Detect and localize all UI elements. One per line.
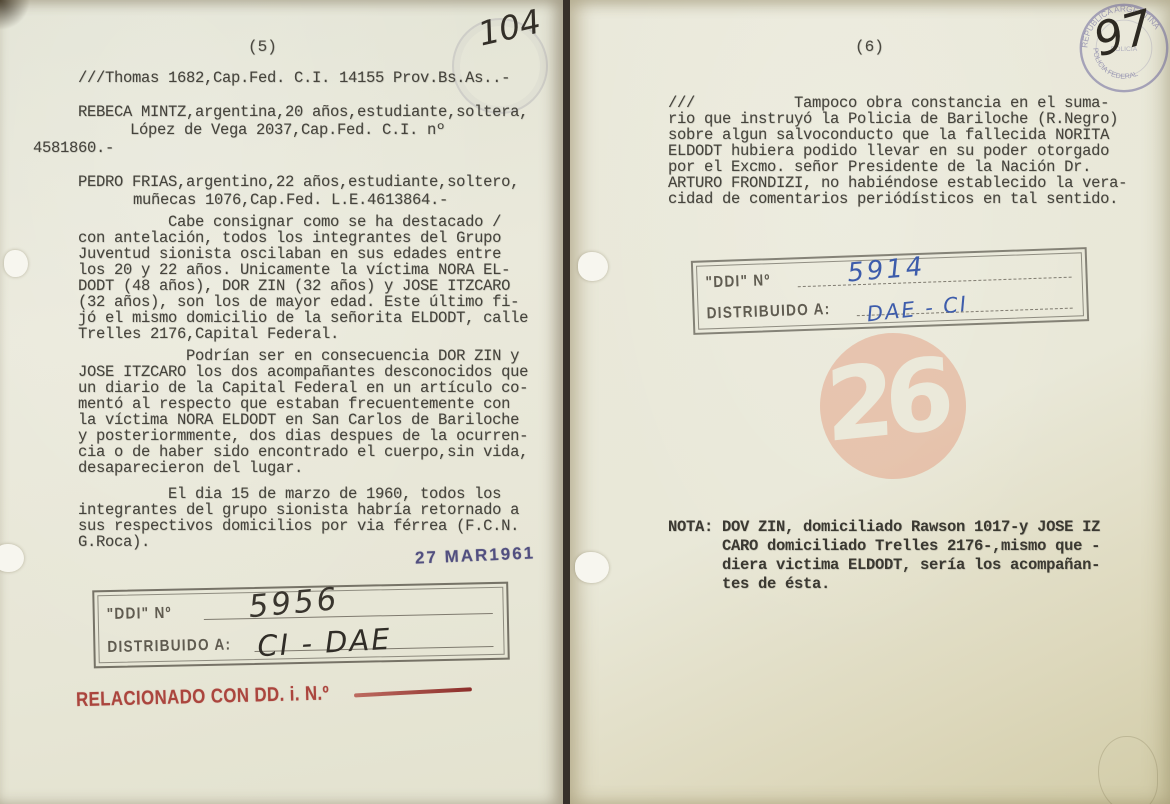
watermark-26-text: 26 xyxy=(824,335,947,465)
paragraph-salvoconducto: /// Tampoco obra constancia en el suma- … xyxy=(668,95,1127,207)
relacionado-stamp: RELACIONADO CON DD. i. N.º xyxy=(76,679,472,712)
typed-line-address-2: muñecas 1076,Cap.Fed. L.E.4613864.- xyxy=(133,192,448,208)
ddi-number-handwritten: 5956 xyxy=(247,581,341,625)
ddi-distribution-handwritten: CI - DAE xyxy=(257,622,393,663)
paper-hole xyxy=(578,252,608,281)
faint-pencil-outline xyxy=(1098,736,1158,804)
ddi-number-line xyxy=(204,613,493,620)
ddi-number-label: "DDI" Nº xyxy=(705,272,771,292)
paragraph-return-trip: El dia 15 de marzo de 1960, todos los in… xyxy=(78,486,519,550)
red-underline-mark xyxy=(354,687,472,697)
paragraph-ages: Cabe consignar como se ha destacado / co… xyxy=(78,214,528,342)
typed-line-thomas: ///Thomas 1682,Cap.Fed. C.I. 14155 Prov.… xyxy=(78,70,510,86)
ddi-number-label: "DDI" Nº xyxy=(107,605,172,624)
typed-line-pedro-frias: PEDRO FRIAS,argentino,22 años,estudiante… xyxy=(78,174,519,190)
paragraph-nota: NOTA: DOV ZIN, domiciliado Rawson 1017-y… xyxy=(668,518,1100,594)
typed-line-address: López de Vega 2037,Cap.Fed. C.I. nº xyxy=(130,122,445,138)
paragraph-companions: Podrían ser en consecuencia DOR ZIN y JO… xyxy=(78,348,528,476)
relacionado-stamp-text: RELACIONADO CON DD. i. N.º xyxy=(76,683,330,713)
page-left: 104 (5) ///Thomas 1682,Cap.Fed. C.I. 141… xyxy=(0,0,563,804)
ddi-distribution-row: DISTRIBUIDO A: CI - DAE xyxy=(99,621,504,662)
scanned-document-spread: { "left_page": { "page_number": "(5)", "… xyxy=(0,0,1170,804)
paper-hole xyxy=(4,250,28,277)
ddi-distribution-stamp: "DDI" Nº 5914 DISTRIBUIDO A: DAE - CI xyxy=(691,247,1089,335)
page-right: REPUBLICA ARGENTINA POLICIA FEDERAL POLI… xyxy=(570,0,1170,804)
canal-26-watermark: 26 xyxy=(813,326,973,486)
ddi-distribution-label: DISTRIBUIDO A: xyxy=(107,636,231,657)
ddi-distribution-stamp: "DDI" Nº 5956 DISTRIBUIDO A: CI - DAE xyxy=(92,582,510,669)
ddi-stamp-inner-frame: "DDI" Nº 5914 DISTRIBUIDO A: DAE - CI xyxy=(696,252,1084,329)
date-received-stamp: 27 MAR1961 xyxy=(415,543,536,568)
paper-hole xyxy=(0,544,24,572)
ddi-stamp-inner-frame: "DDI" Nº 5956 DISTRIBUIDO A: CI - DAE xyxy=(97,587,504,663)
page-number: (6) xyxy=(855,38,884,56)
page-number: (5) xyxy=(248,38,277,56)
ddi-distribution-label: DISTRIBUIDO A: xyxy=(706,301,830,323)
typed-line-ci-number: 4581860.- xyxy=(33,140,114,156)
paper-hole xyxy=(575,552,609,583)
typed-line-rebeca-mintz: REBECA MINTZ,argentina,20 años,estudiant… xyxy=(78,104,528,120)
ddi-distribution-handwritten: DAE - CI xyxy=(866,292,970,326)
